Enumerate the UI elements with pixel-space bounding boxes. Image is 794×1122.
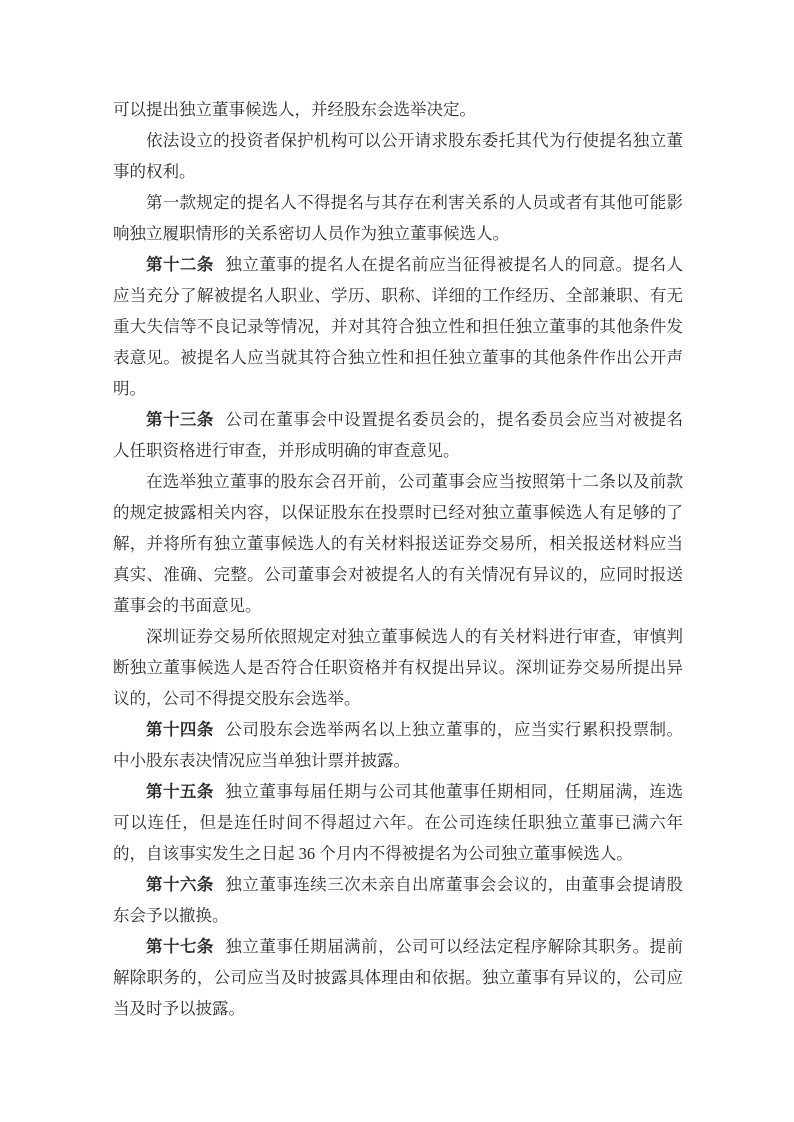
paragraph-text: 独立董事的提名人在提名前应当征得被提名人的同意。提名人应当充分了解被提名人职业、… [113,255,683,398]
article-13-term: 第十三条 [146,410,214,429]
article-13-paragraph: 第十三条公司在董事会中设置提名委员会的，提名委员会应当对被提名人任职资格进行审查… [113,404,683,466]
paragraph-pre-meeting-disclosure: 在选举独立董事的股东会召开前，公司董事会应当按照第十二条以及前款的规定披露相关内… [113,466,683,621]
article-12-paragraph: 第十二条独立董事的提名人在提名前应当征得被提名人的同意。提名人应当充分了解被提名… [113,249,683,404]
paragraph-text: 在选举独立董事的股东会召开前，公司董事会应当按照第十二条以及前款的规定披露相关内… [113,472,683,615]
page-text-block: 可以提出独立董事候选人，并经股东会选举决定。 依法设立的投资者保护机构可以公开请… [113,94,683,1024]
article-16-term: 第十六条 [146,875,214,894]
article-17-paragraph: 第十七条独立董事任期届满前，公司可以经法定程序解除其职务。提前解除职务的，公司应… [113,931,683,1024]
document-page: 可以提出独立董事候选人，并经股东会选举决定。 依法设立的投资者保护机构可以公开请… [0,0,794,1122]
paragraph-investor-protection: 依法设立的投资者保护机构可以公开请求股东委托其代为行使提名独立董事的权利。 [113,125,683,187]
article-15-paragraph: 第十五条独立董事每届任期与公司其他董事任期相同，任期届满，连选可以连任，但是连任… [113,776,683,869]
article-12-term: 第十二条 [146,255,214,274]
paragraph-szse-review: 深圳证券交易所依照规定对独立董事候选人的有关材料进行审查，审慎判断独立董事候选人… [113,621,683,714]
paragraph-text: 依法设立的投资者保护机构可以公开请求股东委托其代为行使提名独立董事的权利。 [113,131,683,181]
paragraph-continuation: 可以提出独立董事候选人，并经股东会选举决定。 [113,94,683,125]
article-17-term: 第十七条 [146,937,214,956]
article-16-paragraph: 第十六条独立董事连续三次未亲自出席董事会会议的，由董事会提请股东会予以撤换。 [113,869,683,931]
article-14-paragraph: 第十四条公司股东会选举两名以上独立董事的，应当实行累积投票制。中小股东表决情况应… [113,714,683,776]
paragraph-nominator-restriction: 第一款规定的提名人不得提名与其存在利害关系的人员或者有其他可能影响独立履职情形的… [113,187,683,249]
article-14-term: 第十四条 [146,720,214,739]
paragraph-text: 深圳证券交易所依照规定对独立董事候选人的有关材料进行审查，审慎判断独立董事候选人… [113,627,683,708]
article-15-term: 第十五条 [146,782,214,801]
paragraph-text: 第一款规定的提名人不得提名与其存在利害关系的人员或者有其他可能影响独立履职情形的… [113,193,683,243]
paragraph-text: 可以提出独立董事候选人，并经股东会选举决定。 [113,100,476,119]
